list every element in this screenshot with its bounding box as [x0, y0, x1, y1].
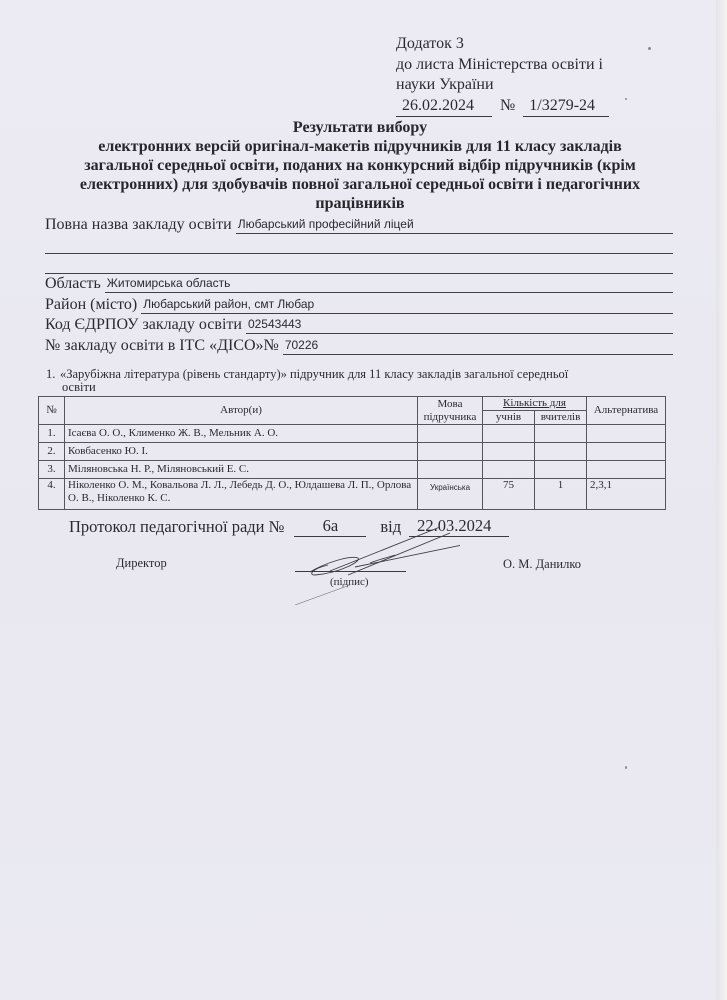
field-label: Район (місто) — [45, 296, 141, 314]
table-row: 1. Ісаєва О. О., Клименко Ж. В., Мельник… — [39, 425, 666, 443]
item-number: 1. — [46, 368, 60, 381]
scan-speck — [625, 766, 627, 769]
cell-authors: Міляновська Н. Р., Міляновський Е. С. — [65, 461, 418, 479]
textbook-item-heading: 1.«Зарубіжна література (рівень стандарт… — [46, 368, 674, 394]
field-value: Любарський район, смт Любар — [141, 296, 673, 314]
header-alternative: Альтернатива — [587, 397, 666, 425]
cell-teachers — [535, 461, 587, 479]
cell-num: 1. — [39, 425, 65, 443]
director-label: Директор — [116, 556, 167, 571]
cell-num: 3. — [39, 461, 65, 479]
header-num: № — [39, 397, 65, 425]
handwritten-signature-icon — [270, 525, 460, 605]
addendum-line-1: Додаток 3 — [396, 34, 609, 55]
results-table: № Автор(и) Мова підручника Кількість для… — [38, 396, 666, 510]
header-teachers: вчителів — [535, 411, 587, 425]
title-line-1: Результати вибору — [40, 118, 680, 137]
cell-language: Українська — [418, 479, 483, 510]
cell-alternative: 2,3,1 — [587, 479, 666, 510]
title-line-3: загальної середньої освіти, поданих на к… — [40, 156, 680, 175]
addendum-line-2: до листа Міністерства освіти і — [396, 55, 609, 76]
scan-speck — [648, 47, 651, 50]
header-quantity-for: Кількість для — [483, 397, 587, 411]
cell-language — [418, 443, 483, 461]
cell-students — [483, 425, 535, 443]
scan-speck — [625, 98, 627, 100]
field-label: № закладу освіти в ІТС «ДІСО»№ — [45, 337, 283, 355]
addendum-reference: 26.02.2024 № 1/3279-24 — [396, 96, 609, 118]
cell-language — [418, 425, 483, 443]
cell-alternative — [587, 443, 666, 461]
cell-alternative — [587, 461, 666, 479]
table-row: 3. Міляновська Н. Р., Міляновський Е. С. — [39, 461, 666, 479]
cell-teachers — [535, 425, 587, 443]
addendum-line-3: науки України — [396, 75, 609, 96]
field-value: Житомирська область — [105, 275, 673, 293]
title-line-4: електронних) для здобувачів повної загал… — [40, 175, 680, 194]
addendum-date: 26.02.2024 — [396, 96, 492, 118]
addendum-number: 1/3279-24 — [523, 96, 609, 118]
field-region: Область Житомирська область — [45, 273, 673, 293]
field-full-name: Повна назва закладу освіти Любарський пр… — [45, 214, 673, 234]
field-edrpou: Код ЄДРПОУ закладу освіти 02543443 — [45, 314, 673, 334]
director-name: О. М. Данилко — [503, 557, 581, 572]
cell-language — [418, 461, 483, 479]
table-row: 4. Ніколенко О. М., Ковальова Л. Л., Леб… — [39, 479, 666, 510]
protocol-label: Протокол педагогічної ради № — [69, 517, 284, 537]
field-diso: № закладу освіти в ІТС «ДІСО»№ 70226 — [45, 335, 673, 355]
cell-authors: Ніколенко О. М., Ковальова Л. Л., Лебедь… — [65, 479, 418, 510]
title-line-2: електронних версій оригінал-макетів підр… — [40, 137, 680, 156]
cell-students — [483, 443, 535, 461]
field-district: Район (місто) Любарський район, смт Люба… — [45, 294, 673, 314]
cell-num: 2. — [39, 443, 65, 461]
blank-line — [45, 253, 673, 254]
field-label: Область — [45, 275, 105, 293]
header-language: Мова підручника — [418, 397, 483, 425]
cell-teachers — [535, 443, 587, 461]
field-value: 70226 — [283, 337, 673, 355]
item-text: «Зарубіжна література (рівень стандарту)… — [60, 367, 568, 381]
cell-authors: Ісаєва О. О., Клименко Ж. В., Мельник А.… — [65, 425, 418, 443]
field-label: Код ЄДРПОУ закладу освіти — [45, 316, 246, 334]
title-line-5: працівників — [40, 194, 680, 213]
field-value: 02543443 — [246, 316, 673, 334]
addendum-header: Додаток 3 до листа Міністерства освіти і… — [396, 34, 609, 117]
table-row: 2. Ковбасенко Ю. І. — [39, 443, 666, 461]
header-authors: Автор(и) — [65, 397, 418, 425]
cell-students: 75 — [483, 479, 535, 510]
cell-alternative — [587, 425, 666, 443]
header-students: учнів — [483, 411, 535, 425]
scan-edge — [716, 0, 727, 1000]
cell-students — [483, 461, 535, 479]
cell-authors: Ковбасенко Ю. І. — [65, 443, 418, 461]
cell-teachers: 1 — [535, 479, 587, 510]
field-label: Повна назва закладу освіти — [45, 216, 236, 234]
item-text-cont: освіти — [46, 381, 674, 394]
document-title: Результати вибору електронних версій ори… — [40, 118, 680, 213]
field-value: Любарський професійний ліцей — [236, 216, 673, 234]
cell-num: 4. — [39, 479, 65, 510]
number-sign: № — [496, 96, 519, 118]
